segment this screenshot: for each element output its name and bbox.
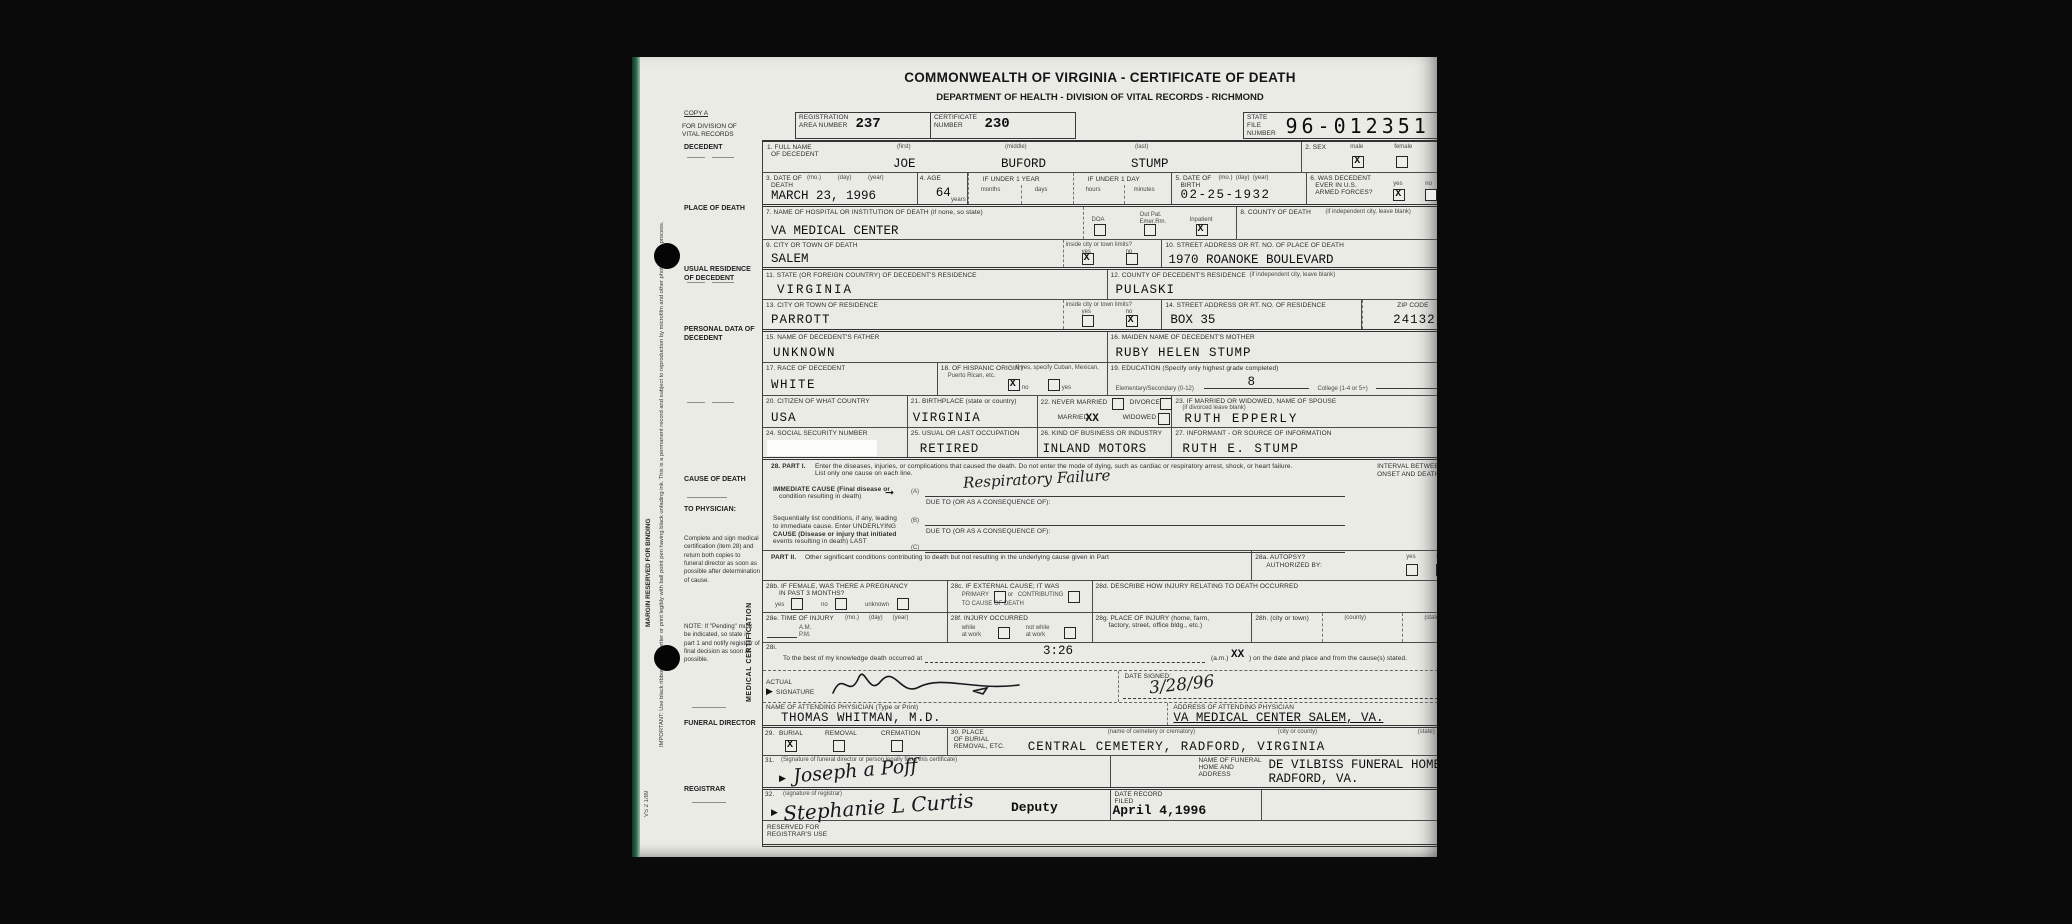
hispanic-yes-checkbox — [1048, 379, 1060, 391]
autopsy-yes-hint: yes — [1406, 554, 1415, 560]
residence-street-label: 14. STREET ADDRESS OR RT. NO. OF RESIDEN… — [1165, 302, 1325, 310]
section-usual-residence: USUAL RESIDENCE OF DECEDENT — [684, 265, 760, 284]
row-hospital: 7. NAME OF HOSPITAL OR INSTITUTION OF DE… — [763, 204, 1437, 239]
field-education: 19. EDUCATION (Specify only highest grad… — [1108, 363, 1437, 395]
pregnancy-no-hint: no — [821, 602, 828, 608]
forces-yes-checkbox — [1393, 189, 1405, 201]
residence-county-value: PULASKI — [1116, 283, 1176, 297]
field-registrar-signature: 32. (signature of registrar) Stephanie L… — [763, 790, 1111, 820]
field-citizen: 20. CITIZEN OF WHAT COUNTRY USA — [763, 396, 908, 427]
residence-county-label: 12. COUNTY OF DECEDENT'S RESIDENCE — [1111, 272, 1246, 280]
margin-rule — [712, 157, 734, 158]
row-cause-part1: 28. PART I. Enter the diseases, injuries… — [763, 457, 1437, 550]
row-burial: 29. BURIAL REMOVAL CREMATION 30. PLACE O… — [763, 725, 1437, 755]
margin-rule — [712, 402, 734, 403]
residence-state-label: 11. STATE (OR FOREIGN COUNTRY) OF DECEDE… — [766, 272, 977, 280]
county-death-label: 8. COUNTY OF DEATH — [1240, 209, 1311, 217]
field-reserved: RESERVED FOR REGISTRAR'S USE — [763, 821, 1437, 844]
death-occurred-text1: To the best of my knowledge death occurr… — [783, 655, 922, 663]
immediate-cause-label2: condition resulting in death) — [779, 493, 861, 501]
last-hint: (last) — [1135, 144, 1148, 150]
citizen-value: USA — [771, 411, 797, 425]
registrar-number: 32. — [765, 791, 774, 799]
line-b — [925, 515, 1345, 526]
certificate-number-label: CERTIFICATE NUMBER — [934, 114, 980, 130]
part2-text: Other significant conditions contributin… — [805, 554, 1245, 562]
field-date-of-death: 3. DATE OF (mo.) (day) (year) DEATH MARC… — [763, 173, 918, 204]
line-b-label: (B) — [911, 518, 919, 524]
part1-label: 28. PART I. — [771, 463, 806, 471]
field-residence-city: 13. CITY OR TOWN OF RESIDENCE PARROTT — [763, 300, 1063, 329]
field-death-status: DOA Out Pat. Emer.Rm. Inpatient — [1083, 207, 1238, 239]
part2-label: PART II. — [771, 554, 796, 562]
field-death-street: 10. STREET ADDRESS OR RT. NO. OF PLACE O… — [1162, 240, 1437, 267]
education-college-hint: College (1-4 or 5+) — [1318, 386, 1368, 392]
margin-rule — [687, 402, 705, 403]
outpat-hint: Out Pat. — [1140, 212, 1162, 218]
funeral-home-label3: ADDRESS — [1199, 771, 1231, 779]
or-hint: or — [1008, 592, 1013, 598]
hispanic-label: 18. OF HISPANIC ORIGIN? — [941, 365, 1024, 373]
death-time-value: 3:26 — [1043, 644, 1073, 658]
pregnancy-unknown-checkbox — [897, 598, 909, 610]
arrow-icon: ➞ — [885, 486, 894, 499]
field-city-of-death: 9. CITY OR TOWN OF DEATH SALEM — [763, 240, 1063, 267]
copy-label: COPY A — [684, 110, 708, 117]
field-physician-address: ADDRESS OF ATTENDING PHYSICIAN VA MEDICA… — [1167, 703, 1437, 725]
row-death-date: 3. DATE OF (mo.) (day) (year) DEATH MARC… — [763, 172, 1437, 204]
notwhile-hint1: not while — [1026, 625, 1050, 631]
while-hint2: at work — [962, 632, 981, 638]
field-hispanic: 18. OF HISPANIC ORIGIN? If yes, specify … — [938, 363, 1108, 395]
dob-value: 02-25-1932 — [1180, 188, 1270, 202]
first-name-value: JOE — [893, 157, 916, 171]
under1year-divider — [1021, 185, 1022, 204]
margin-rule — [692, 707, 726, 708]
injury-divider1 — [1322, 613, 1323, 642]
field-place-of-burial: 30. PLACE OF BURIAL REMOVAL, ETC. (name … — [948, 728, 1437, 755]
removal-checkbox — [833, 740, 845, 752]
field-disposition: 29. BURIAL REMOVAL CREMATION — [763, 728, 948, 755]
age-value: 64 — [936, 186, 951, 200]
field-injury-location: 28h. (city or town) (county) (state) — [1252, 613, 1437, 642]
field-mother: 16. MAIDEN NAME OF DECEDENT'S MOTHER RUB… — [1108, 332, 1437, 362]
field-race: 17. RACE OF DECEDENT WHITE — [763, 363, 938, 395]
line-a-label: (A) — [911, 489, 919, 495]
field-birthplace: 21. BIRTHPLACE (state or country) VIRGIN… — [908, 396, 1038, 427]
injury-time-line — [767, 627, 797, 638]
margin-rule — [687, 497, 727, 498]
pregnancy-no-checkbox — [835, 598, 847, 610]
death-limits-no-checkbox — [1126, 253, 1138, 265]
field-date-of-birth: 5. DATE OF (mo.) (day) (year) BIRTH 02-2… — [1172, 173, 1307, 204]
binding-edge-strip — [632, 57, 640, 857]
hospital-label: 7. NAME OF HOSPITAL OR INSTITUTION OF DE… — [766, 209, 983, 217]
field-injury-description: 28d. DESCRIBE HOW INJURY RELATING TO DEA… — [1093, 581, 1437, 612]
inpatient-checkbox — [1196, 224, 1208, 236]
due-to-b: DUE TO (OR AS A CONSEQUENCE OF): — [926, 528, 1050, 536]
field-hospital: 7. NAME OF HOSPITAL OR INSTITUTION OF DE… — [763, 207, 1083, 239]
field-age: 4. AGE 64 years — [918, 173, 968, 204]
pregnancy-yes-hint: yes — [775, 602, 784, 608]
state-file-box: STATE FILE NUMBER 96-012351 — [1243, 112, 1437, 139]
notwhile-hint2: at work — [1026, 632, 1045, 638]
field-actual-signature: ACTUAL SIGNATURE — [763, 671, 1118, 702]
inpatient-hint: Inpatient — [1190, 217, 1213, 223]
field-ssn: 24. SOCIAL SECURITY NUMBER — [763, 428, 908, 457]
sex-label: 2. SEX — [1305, 144, 1326, 152]
removal-hint: REMOVAL — [825, 730, 857, 738]
death-street-value: 1970 ROANOKE BOULEVARD — [1168, 253, 1333, 267]
death-occurred-text2: ) on the date and place and from the cau… — [1249, 655, 1437, 663]
section-decedent: DECEDENT — [684, 143, 760, 152]
autopsy-no-hint: no — [1436, 554, 1437, 560]
injury-time-sub: (mo.) (day) (year) — [845, 615, 908, 621]
sequential-label: Sequentially list conditions, if any, le… — [773, 515, 903, 546]
county-death-sub: (if independent city, leave blank) — [1325, 209, 1411, 215]
state-file-value: 96-012351 — [1285, 114, 1429, 138]
row-28e: 28e. TIME OF INJURY (mo.) (day) (year) A… — [763, 612, 1437, 642]
occupation-value: RETIRED — [920, 442, 980, 456]
middle-name-value: BUFORD — [1001, 157, 1046, 171]
am-xx-mark: XX — [1231, 649, 1244, 661]
death-limits-yes-checkbox — [1082, 253, 1094, 265]
birthplace-value: VIRGINIA — [913, 411, 981, 425]
injury-county-hint: (county) — [1344, 615, 1366, 621]
injury-occurred-label: 28f. INJURY OCCURRED — [951, 615, 1028, 623]
section-registrar: REGISTRAR — [684, 785, 760, 794]
hospital-value: VA MEDICAL CENTER — [771, 224, 899, 238]
burial-checkbox — [785, 740, 797, 752]
residence-limits-no-checkbox — [1126, 315, 1138, 327]
hispanic-sub2: Puerto Rican, etc. — [948, 373, 996, 379]
never-married-checkbox — [1112, 398, 1124, 410]
under1day-label: IF UNDER 1 DAY — [1088, 176, 1140, 184]
never-married-hint: 22. NEVER MARRIED — [1041, 399, 1108, 407]
under1day-divider — [1124, 185, 1125, 204]
race-value: WHITE — [771, 378, 816, 392]
certificate-title: COMMONWEALTH OF VIRGINIA - CERTIFICATE O… — [762, 70, 1437, 85]
hispanic-sub: If yes, specify Cuban, Mexican, — [1016, 365, 1099, 371]
registrar-sig-hint: (signature of registrar) — [783, 791, 842, 797]
widowed-hint: WIDOWED — [1123, 414, 1157, 422]
place-injury-label2: factory, street, office bldg., etc.) — [1109, 622, 1203, 630]
contributing-hint: CONTRIBUTING — [1018, 592, 1064, 598]
seq4: events resulting in death) LAST — [773, 538, 867, 545]
education-line — [1204, 378, 1309, 389]
injury-time-label: 28e. TIME OF INJURY — [766, 615, 834, 623]
disposition-number: 29. — [765, 730, 774, 738]
widowed-checkbox — [1158, 413, 1170, 425]
hole-punch-bottom — [654, 645, 680, 671]
certificate-paper: MARGIN RESERVED FOR BINDING IMPORTANT: U… — [632, 57, 1437, 857]
seq3: CAUSE (Disease or injury that initiated — [773, 531, 896, 538]
months-hint: months — [981, 187, 1001, 193]
dod-value: MARCH 23, 1996 — [771, 189, 876, 203]
autopsy-label: 28a. AUTOPSY? — [1255, 554, 1305, 562]
forces-yes-hint: yes — [1393, 181, 1402, 187]
interval-label: INTERVAL BETWEEN ONSET AND DEATH — [1377, 463, 1437, 479]
deputy-value: Deputy — [1011, 800, 1058, 815]
field-death-limits: inside city or town limits? yes no — [1063, 240, 1163, 267]
field-place-of-injury: 28g. PLACE OF INJURY (home, farm, factor… — [1093, 613, 1253, 642]
hole-punch-top — [654, 243, 680, 269]
age-label: 4. AGE — [920, 175, 941, 183]
informant-value: RUTH E. STUMP — [1182, 442, 1299, 456]
dod-sub: (mo.) (day) (year) — [807, 175, 884, 181]
scanned-screenshot: MARGIN RESERVED FOR BINDING IMPORTANT: U… — [0, 0, 2072, 924]
divorced-checkbox — [1160, 398, 1172, 410]
row-funeral-signature: 31. (Signature of funeral director or pe… — [763, 755, 1437, 787]
physician-signature-scrawl — [823, 667, 1043, 701]
am-label: (a.m.) — [1211, 655, 1229, 663]
pm-hint: P.M. — [799, 632, 811, 638]
education-college-line — [1376, 378, 1437, 389]
zip-value: 24132 — [1393, 313, 1436, 327]
certificate-subtitle: DEPARTMENT OF HEALTH - DIVISION OF VITAL… — [762, 92, 1437, 103]
row-fullname-sex: 1. FULL NAME OF DECEDENT (first) (middle… — [763, 142, 1437, 172]
row-city-of-death: 9. CITY OR TOWN OF DEATH SALEM inside ci… — [763, 239, 1437, 267]
field-residence-state: 11. STATE (OR FOREIGN COUNTRY) OF DECEDE… — [763, 270, 1108, 299]
injury-state-hint: (state) — [1424, 615, 1437, 621]
father-label: 15. NAME OF DECEDENT'S FATHER — [766, 334, 879, 342]
dob-sub: (mo.) (day) (year) — [1218, 175, 1268, 181]
residence-limits-hint: inside city or town limits? — [1066, 302, 1132, 308]
field-time-of-injury: 28e. TIME OF INJURY (mo.) (day) (year) A… — [763, 613, 948, 642]
forces-label3: ARMED FORCES? — [1315, 189, 1372, 197]
cemetery-state-hint: (state) — [1418, 729, 1435, 735]
row-residence-city: 13. CITY OR TOWN OF RESIDENCE PARROTT in… — [763, 299, 1437, 329]
pregnancy-label2: IN PAST 3 MONTHS? — [779, 590, 844, 598]
informant-label: 27. INFORMANT - OR SOURCE OF INFORMATION — [1175, 430, 1331, 438]
burial-hint: BURIAL — [779, 730, 803, 738]
row-28i: 28i. To the best of my knowledge death o… — [763, 642, 1437, 670]
field-full-name: 1. FULL NAME OF DECEDENT (first) (middle… — [763, 142, 1302, 172]
injury-description-label: 28d. DESCRIBE HOW INJURY RELATING TO DEA… — [1096, 583, 1299, 591]
margin-binding-text: MARGIN RESERVED FOR BINDING — [645, 297, 652, 627]
autopsy-no-checkbox — [1436, 564, 1437, 576]
margin-rule — [687, 157, 705, 158]
medical-certification-label: MEDICAL CERTIFICATION — [746, 457, 753, 702]
city-death-value: SALEM — [771, 252, 809, 266]
sex-male-checkbox — [1352, 156, 1364, 168]
part1-text2: List only one cause on each line. — [815, 470, 913, 478]
mother-value: RUBY HELEN STUMP — [1116, 346, 1252, 360]
not-while-at-work-checkbox — [1064, 627, 1076, 639]
funeral-sig-arrow-icon — [779, 768, 789, 786]
row-ssn-occupation: 24. SOCIAL SECURITY NUMBER 25. USUAL OR … — [763, 427, 1437, 457]
field-part2: PART II. Other significant conditions co… — [763, 551, 1252, 580]
funeral-home-name: DE VILBISS FUNERAL HOME — [1269, 758, 1438, 772]
field-sex: 2. SEX male female — [1302, 142, 1437, 172]
field-date-filed: DATE RECORD FILED April 4,1996 — [1111, 790, 1263, 820]
cemetery-hint: (name of cemetery or crematory) — [1108, 729, 1195, 735]
race-label: 17. RACE OF DECEDENT — [766, 365, 845, 373]
under1year-label: IF UNDER 1 YEAR — [983, 176, 1040, 184]
row-citizen-marital: 20. CITIZEN OF WHAT COUNTRY USA 21. BIRT… — [763, 395, 1437, 427]
field-pregnancy: 28b. IF FEMALE, WAS THERE A PREGNANCY IN… — [763, 581, 948, 612]
registrar-sig-arrow-icon — [771, 802, 781, 820]
first-hint: (first) — [897, 144, 911, 150]
row-race-education: 17. RACE OF DECEDENT WHITE 18. OF HISPAN… — [763, 362, 1437, 395]
while-at-work-checkbox — [998, 627, 1010, 639]
due-to-a: DUE TO (OR AS A CONSEQUENCE OF): — [926, 499, 1050, 507]
actual-sig-label2: SIGNATURE — [766, 686, 814, 697]
row-residence-state: 11. STATE (OR FOREIGN COUNTRY) OF DECEDE… — [763, 267, 1437, 299]
residence-limits-yes-checkbox — [1082, 315, 1094, 327]
reserved-label2: REGISTRAR'S USE — [767, 831, 827, 839]
field-occupation: 25. USUAL OR LAST OCCUPATION RETIRED — [908, 428, 1038, 457]
doa-checkbox — [1094, 224, 1106, 236]
business-label: 26. KIND OF BUSINESS OR INDUSTRY — [1041, 430, 1163, 438]
last-name-value: STUMP — [1131, 157, 1169, 171]
residence-county-sub: (if independent city, leave blank) — [1250, 272, 1336, 278]
date-filed-value: April 4,1996 — [1113, 803, 1207, 818]
field-residence-county: 12. COUNTY OF DECEDENT'S RESIDENCE (if i… — [1108, 270, 1437, 299]
doa-hint: DOA — [1092, 217, 1105, 223]
state-file-label: STATE FILE NUMBER — [1247, 114, 1281, 137]
days-hint: days — [1035, 187, 1048, 193]
field-informant: 27. INFORMANT - OR SOURCE OF INFORMATION… — [1172, 428, 1437, 457]
forces-no-checkbox — [1425, 189, 1437, 201]
field-armed-forces: 6. WAS DECEDENT EVER IN U.S. ARMED FORCE… — [1307, 173, 1437, 204]
married-mark: XX — [1086, 413, 1099, 425]
contributing-checkbox — [1068, 591, 1080, 603]
field-residence-street: 14. STREET ADDRESS OR RT. NO. OF RESIDEN… — [1162, 300, 1362, 329]
mother-label: 16. MAIDEN NAME OF DECEDENT'S MOTHER — [1111, 334, 1255, 342]
middle-hint: (middle) — [1005, 144, 1027, 150]
sex-female-checkbox — [1396, 156, 1408, 168]
cremation-checkbox — [891, 740, 903, 752]
birthplace-label: 21. BIRTHPLACE (state or country) — [911, 398, 1017, 406]
sex-female-hint: female — [1394, 144, 1412, 150]
residence-street-value: BOX 35 — [1170, 313, 1215, 327]
primary-hint: PRIMARY — [962, 592, 989, 598]
spouse-value: RUTH EPPERLY — [1184, 412, 1298, 426]
city-death-label: 9. CITY OR TOWN OF DEATH — [766, 242, 857, 250]
cremation-hint: CREMATION — [881, 730, 920, 738]
occupation-label: 25. USUAL OR LAST OCCUPATION — [911, 430, 1020, 438]
injury-city-hint: 28h. (city or town) — [1255, 615, 1309, 623]
cemetery-city-hint: (city or county) — [1278, 729, 1317, 735]
education-label: 19. EDUCATION (Specify only highest grad… — [1111, 365, 1279, 373]
copy-for-label: FOR DIVISION OF VITAL RECORDS — [682, 123, 752, 139]
row-28b: 28b. IF FEMALE, WAS THERE A PREGNANCY IN… — [763, 580, 1437, 612]
certificate-number-value: 230 — [984, 116, 1009, 132]
funeral-home-city: RADFORD, VA. — [1269, 772, 1359, 786]
registration-number-box: REGISTRATION AREA NUMBER 237 — [795, 112, 931, 139]
field-funeral-home: NAME OF FUNERAL HOME AND ADDRESS DE VILB… — [1111, 756, 1438, 787]
margin-rule — [692, 802, 726, 803]
minutes-hint: minutes — [1134, 187, 1155, 193]
field-business: 26. KIND OF BUSINESS OR INDUSTRY INLAND … — [1038, 428, 1173, 457]
ssn-label: 24. SOCIAL SECURITY NUMBER — [766, 430, 868, 438]
citizen-label: 20. CITIZEN OF WHAT COUNTRY — [766, 398, 870, 406]
hispanic-yes-hint: yes — [1062, 385, 1071, 391]
certificate-form: 1. FULL NAME OF DECEDENT (first) (middle… — [762, 140, 1437, 847]
field-interval: INTERVAL BETWEEN ONSET AND DEATH — [1374, 460, 1437, 550]
field-father: 15. NAME OF DECEDENT'S FATHER UNKNOWN — [763, 332, 1108, 362]
field-spouse: 23. IF MARRIED OR WIDOWED, NAME OF SPOUS… — [1172, 396, 1437, 427]
field-registrar-blank — [1262, 790, 1437, 820]
zip-label: ZIP CODE — [1397, 302, 1428, 310]
certificate-number-box: CERTIFICATE NUMBER 230 — [930, 112, 1076, 139]
to-cause-hint: TO CAUSE OF DEATH — [962, 601, 1024, 607]
death-street-label: 10. STREET ADDRESS OR RT. NO. OF PLACE O… — [1165, 242, 1343, 250]
funeral-sig-number: 31. — [765, 757, 774, 765]
pregnancy-unknown-hint: unknown — [865, 602, 889, 608]
external-cause-label: 28c. IF EXTERNAL CAUSE; IT WAS — [951, 583, 1060, 591]
field-autopsy: 28a. AUTOPSY? AUTHORIZED BY: yes no — [1252, 551, 1437, 580]
am-hint: A.M. — [799, 625, 811, 631]
education-elem-hint: Elementary/Secondary (0-12) — [1116, 386, 1194, 392]
field-cause-part1: 28. PART I. Enter the diseases, injuries… — [763, 460, 1374, 550]
outpat-checkbox — [1144, 224, 1156, 236]
date-signed-line — [1123, 688, 1438, 699]
sex-male-hint: male — [1350, 144, 1363, 150]
pregnancy-yes-checkbox — [791, 598, 803, 610]
business-value: INLAND MOTORS — [1043, 442, 1147, 456]
seq1: Sequentially list conditions, if any, le… — [773, 515, 897, 522]
hours-hint: hours — [1086, 187, 1101, 193]
section-place-of-death: PLACE OF DEATH — [684, 204, 760, 213]
field-injury-occurred: 28f. INJURY OCCURRED while at work not w… — [948, 613, 1093, 642]
field-death-occurred: 28i. To the best of my knowledge death o… — [763, 643, 1437, 670]
seq2: to immediate cause. Enter UNDERLYING — [773, 523, 896, 530]
row-registrar: 32. (signature of registrar) Stephanie L… — [763, 787, 1437, 820]
field-under-1-day: IF UNDER 1 DAY hours minutes — [1073, 173, 1173, 204]
physician-address-value: VA MEDICAL CENTER SALEM, VA. — [1173, 711, 1383, 725]
field-under-1-year: IF UNDER 1 YEAR months days — [968, 173, 1073, 204]
burial-place-value: CENTRAL CEMETERY, RADFORD, VIRGINIA — [1028, 740, 1326, 754]
field-date-signed: DATE SIGNED: 3/28/96 — [1118, 671, 1438, 702]
field-zip: ZIP CODE 24132 — [1362, 300, 1437, 329]
hispanic-no-hint: no — [1022, 385, 1029, 391]
field-marital-status: 22. NEVER MARRIED DIVORCED MARRIED XX WI… — [1038, 396, 1173, 427]
row-physician-signature: ACTUAL SIGNATURE DATE SIGNED: 3/28/96 — [763, 670, 1437, 702]
while-hint1: while — [962, 625, 976, 631]
residence-city-value: PARROTT — [771, 313, 831, 327]
full-name-label2: OF DECEDENT — [771, 151, 819, 159]
residence-state-value: VIRGINIA — [777, 283, 853, 297]
injury-divider2 — [1402, 613, 1403, 642]
age-years-hint: years — [951, 197, 966, 203]
row-physician-name: NAME OF ATTENDING PHYSICIAN (Type or Pri… — [763, 702, 1437, 725]
row-reserved: RESERVED FOR REGISTRAR'S USE — [763, 820, 1437, 847]
row-cause-part2: PART II. Other significant conditions co… — [763, 550, 1437, 580]
hispanic-no-checkbox — [1008, 379, 1020, 391]
married-hint: MARRIED — [1058, 414, 1089, 422]
father-value: UNKNOWN — [773, 346, 836, 360]
autopsy-yes-checkbox — [1406, 564, 1418, 576]
ssn-redaction — [767, 440, 877, 456]
registration-value: 237 — [855, 116, 880, 132]
section-personal-data: PERSONAL DATA OF DECEDENT — [684, 325, 760, 344]
row-parents: 15. NAME OF DECEDENT'S FATHER UNKNOWN 16… — [763, 329, 1437, 362]
section-funeral-director: FUNERAL DIRECTOR — [684, 719, 760, 728]
death-occurred-label: 28i. — [766, 644, 777, 652]
form-code: VS 2 1/89 — [644, 757, 650, 817]
forces-no-hint: no — [1425, 181, 1432, 187]
residence-city-label: 13. CITY OR TOWN OF RESIDENCE — [766, 302, 878, 310]
burial-place-label3: REMOVAL, ETC. — [954, 743, 1005, 751]
field-physician-name: NAME OF ATTENDING PHYSICIAN (Type or Pri… — [763, 703, 1167, 725]
death-limits-hint: inside city or town limits? — [1066, 242, 1132, 248]
spouse-sub: (if divorced leave blank) — [1182, 405, 1245, 411]
field-residence-limits: inside city or town limits? yes no — [1063, 300, 1163, 329]
authorized-label: AUTHORIZED BY: — [1266, 562, 1322, 570]
field-external-cause: 28c. IF EXTERNAL CAUSE; IT WAS PRIMARY o… — [948, 581, 1093, 612]
